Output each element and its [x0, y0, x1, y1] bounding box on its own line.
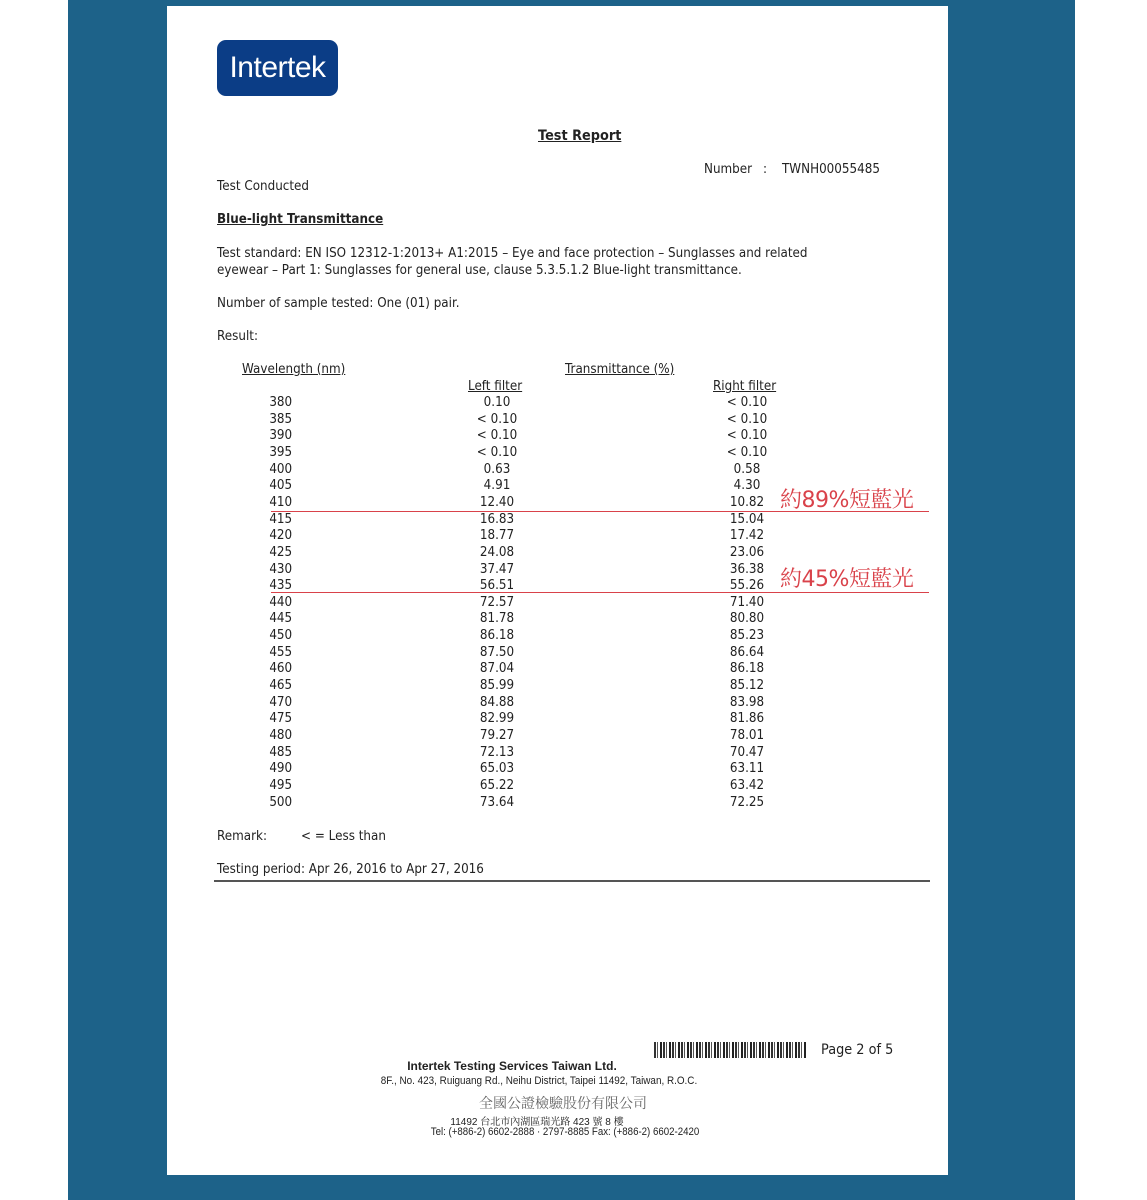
wavelength-cell: 400 [269, 462, 322, 477]
result-label: Result: [217, 329, 258, 344]
table-row: 47084.8883.98 [167, 695, 948, 712]
wavelength-cell: 385 [269, 412, 322, 427]
report-number-label: Number [704, 162, 752, 177]
wavelength-cell: 475 [269, 711, 322, 726]
left-filter-cell: 72.13 [460, 745, 534, 760]
remark-label: Remark: [217, 829, 267, 844]
table-row: 42018.7717.42 [167, 528, 948, 545]
testing-period: Testing period: Apr 26, 2016 to Apr 27, … [217, 862, 484, 877]
right-filter-cell: 83.98 [710, 695, 784, 710]
table-row: 48572.1370.47 [167, 745, 948, 762]
left-filter-cell: 56.51 [460, 578, 534, 593]
wavelength-cell: 425 [269, 545, 322, 560]
wavelength-cell: 480 [269, 728, 322, 743]
table-row: 46087.0486.18 [167, 661, 948, 678]
left-filter-cell: 81.78 [460, 611, 534, 626]
right-filter-cell: < 0.10 [710, 412, 784, 427]
right-filter-cell: < 0.10 [710, 395, 784, 410]
table-row: 49565.2263.42 [167, 778, 948, 795]
left-filter-cell: 84.88 [460, 695, 534, 710]
left-filter-cell: 72.57 [460, 595, 534, 610]
wavelength-cell: 390 [269, 428, 322, 443]
left-filter-cell: 82.99 [460, 711, 534, 726]
left-filter-cell: 65.22 [460, 778, 534, 793]
report-number-sep: : [763, 162, 767, 177]
right-filter-cell: < 0.10 [710, 428, 784, 443]
right-filter-cell: 86.18 [710, 661, 784, 676]
table-row: 46585.9985.12 [167, 678, 948, 695]
wavelength-cell: 465 [269, 678, 322, 693]
annotation-45-percent: 約45%短藍光 [780, 562, 913, 593]
left-filter-cell: 0.63 [460, 462, 534, 477]
wavelength-cell: 450 [269, 628, 322, 643]
wavelength-cell: 440 [269, 595, 322, 610]
left-filter-cell: 87.50 [460, 645, 534, 660]
left-filter-cell: < 0.10 [460, 428, 534, 443]
left-filter-cell: 79.27 [460, 728, 534, 743]
wavelength-cell: 420 [269, 528, 322, 543]
left-filter-cell: 73.64 [460, 795, 534, 810]
left-filter-cell: 87.04 [460, 661, 534, 676]
left-filter-cell: 16.83 [460, 512, 534, 527]
table-row: 42524.0823.06 [167, 545, 948, 562]
left-filter-cell: 86.18 [460, 628, 534, 643]
wavelength-cell: 430 [269, 562, 322, 577]
samples-tested: Number of sample tested: One (01) pair. [217, 296, 460, 311]
wavelength-cell: 435 [269, 578, 322, 593]
remark-text: < = Less than [301, 829, 386, 844]
divider [214, 880, 930, 882]
wavelength-cell: 485 [269, 745, 322, 760]
right-filter-cell: 63.42 [710, 778, 784, 793]
right-filter-cell: 70.47 [710, 745, 784, 760]
right-filter-cell: 72.25 [710, 795, 784, 810]
table-row: 45587.5086.64 [167, 645, 948, 662]
right-filter-cell: 81.86 [710, 711, 784, 726]
wavelength-cell: 395 [269, 445, 322, 460]
report-number: TWNH00055485 [782, 162, 880, 177]
wavelength-cell: 490 [269, 761, 322, 776]
wavelength-cell: 460 [269, 661, 322, 676]
table-row: 44581.7880.80 [167, 611, 948, 628]
wavelength-cell: 410 [269, 495, 322, 510]
left-filter-cell: < 0.10 [460, 445, 534, 460]
wavelength-cell: 415 [269, 512, 322, 527]
right-filter-cell: 71.40 [710, 595, 784, 610]
section-title: Blue-light Transmittance [217, 212, 383, 227]
right-filter-cell: 55.26 [710, 578, 784, 593]
report-title: Test Report [538, 128, 621, 144]
table-row: 47582.9981.86 [167, 711, 948, 728]
table-row: 395< 0.10< 0.10 [167, 445, 948, 462]
right-filter-cell: 86.64 [710, 645, 784, 660]
table-row: 41516.8315.04 [167, 512, 948, 529]
table-row: 4000.630.58 [167, 462, 948, 479]
table-row: 3800.10< 0.10 [167, 395, 948, 412]
wavelength-cell: 380 [269, 395, 322, 410]
right-filter-cell: 10.82 [710, 495, 784, 510]
left-filter-cell: 37.47 [460, 562, 534, 577]
right-filter-cell: 85.12 [710, 678, 784, 693]
table-row: 45086.1885.23 [167, 628, 948, 645]
right-filter-cell: 36.38 [710, 562, 784, 577]
page-number: Page 2 of 5 [821, 1042, 893, 1058]
right-filter-cell: 0.58 [710, 462, 784, 477]
footer-company: Intertek Testing Services Taiwan Ltd. [167, 1059, 857, 1073]
right-filter-cell: 23.06 [710, 545, 784, 560]
wavelength-cell: 500 [269, 795, 322, 810]
wavelength-cell: 470 [269, 695, 322, 710]
footer-address: 8F., No. 423, Ruiguang Rd., Neihu Distri… [179, 1075, 899, 1087]
wavelength-cell: 405 [269, 478, 322, 493]
left-filter-cell: < 0.10 [460, 412, 534, 427]
header-right-filter: Right filter [713, 379, 776, 394]
right-filter-cell: 80.80 [710, 611, 784, 626]
right-filter-cell: 17.42 [710, 528, 784, 543]
annotation-89-percent: 約89%短藍光 [780, 483, 913, 514]
test-conducted: Test Conducted [217, 179, 309, 194]
left-filter-cell: 12.40 [460, 495, 534, 510]
table-row: 44072.5771.40 [167, 595, 948, 612]
right-filter-cell: < 0.10 [710, 445, 784, 460]
test-standard-line2: eyewear – Part 1: Sunglasses for general… [217, 263, 742, 278]
right-filter-cell: 78.01 [710, 728, 784, 743]
table-row: 385< 0.10< 0.10 [167, 412, 948, 429]
header-left-filter: Left filter [468, 379, 522, 394]
test-standard-line1: Test standard: EN ISO 12312-1:2013+ A1:2… [217, 246, 807, 261]
intertek-logo: Intertek [217, 40, 338, 96]
table-row: 48079.2778.01 [167, 728, 948, 745]
wavelength-cell: 445 [269, 611, 322, 626]
right-filter-cell: 4.30 [710, 478, 784, 493]
wavelength-cell: 455 [269, 645, 322, 660]
table-row: 49065.0363.11 [167, 761, 948, 778]
right-filter-cell: 85.23 [710, 628, 784, 643]
left-filter-cell: 18.77 [460, 528, 534, 543]
footer-company-zh: 全國公證檢驗股份有限公司 [167, 1093, 959, 1113]
barcode [654, 1042, 806, 1058]
left-filter-cell: 85.99 [460, 678, 534, 693]
footer-contact: Tel: (+886-2) 6602-2888 · 2797-8885 Fax:… [215, 1126, 915, 1138]
left-filter-cell: 24.08 [460, 545, 534, 560]
header-transmittance: Transmittance (%) [565, 362, 674, 377]
left-filter-cell: 4.91 [460, 478, 534, 493]
table-row: 50073.6472.25 [167, 795, 948, 812]
report-page: Intertek Test Report Number : TWNH000554… [167, 6, 948, 1175]
right-filter-cell: 15.04 [710, 512, 784, 527]
left-filter-cell: 65.03 [460, 761, 534, 776]
left-filter-cell: 0.10 [460, 395, 534, 410]
wavelength-cell: 495 [269, 778, 322, 793]
header-wavelength: Wavelength (nm) [242, 362, 345, 377]
table-row: 390< 0.10< 0.10 [167, 428, 948, 445]
right-filter-cell: 63.11 [710, 761, 784, 776]
